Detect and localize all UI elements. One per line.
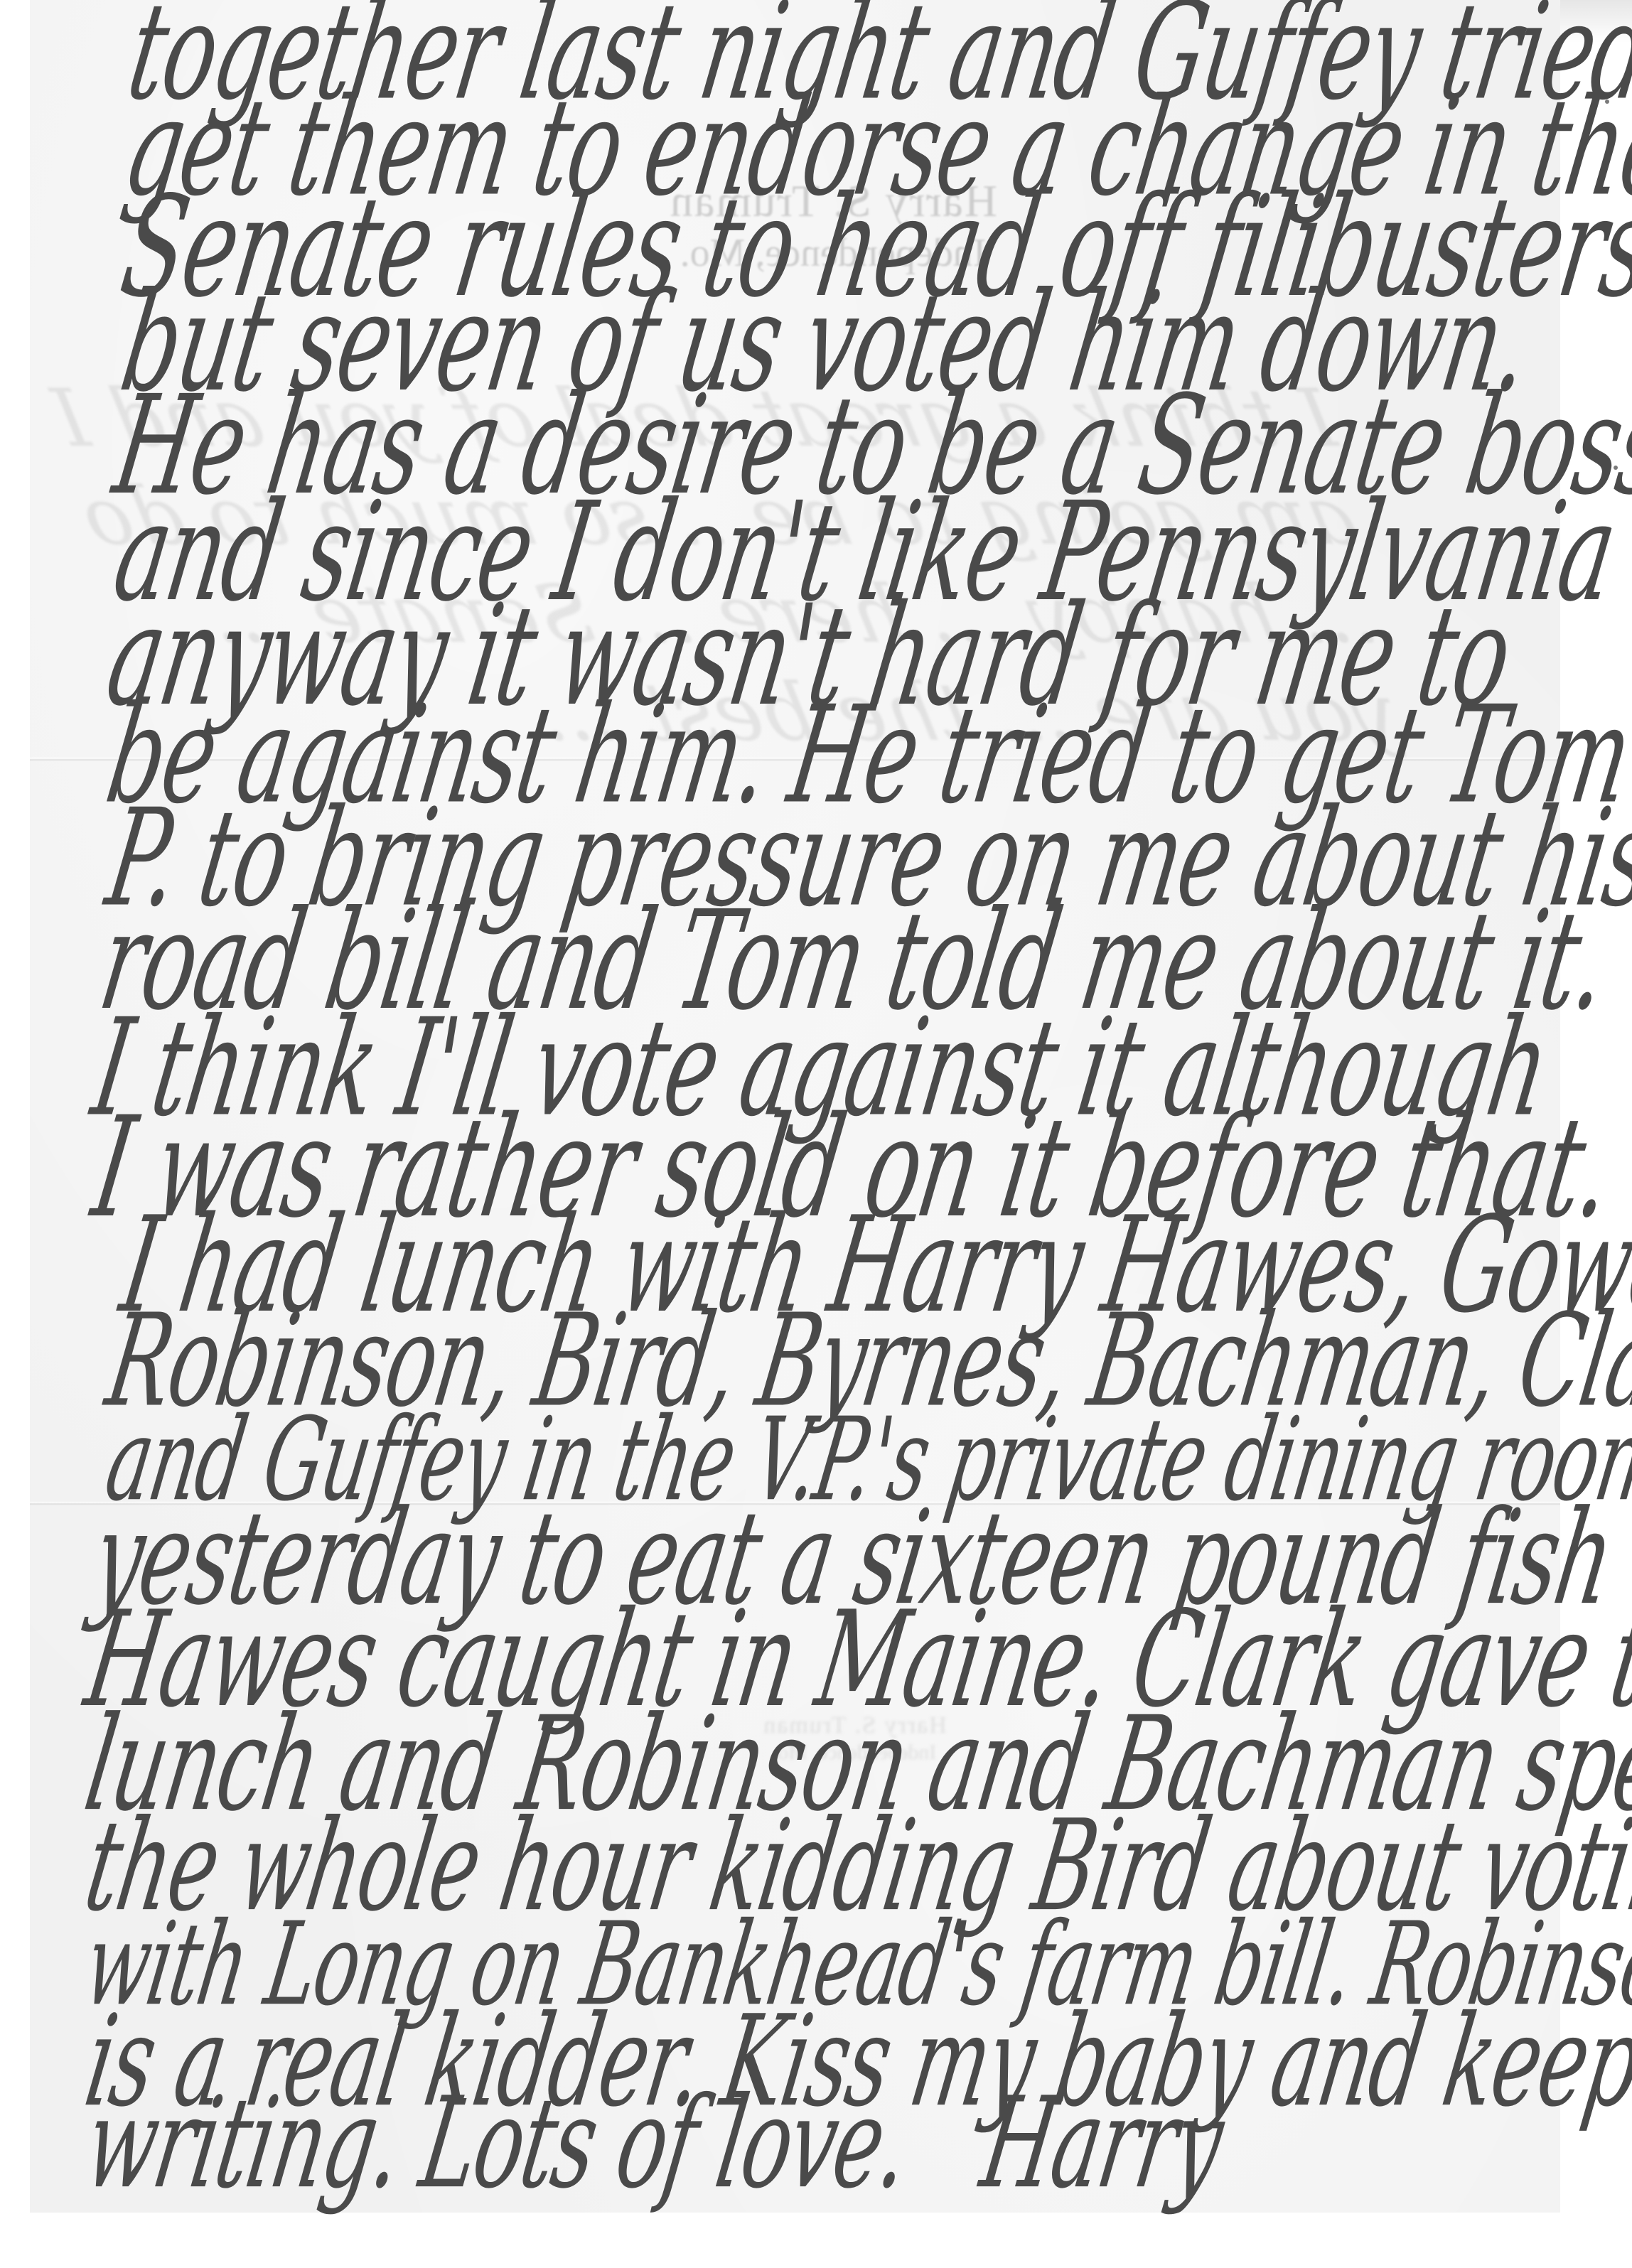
- paper-speck: [1605, 100, 1609, 104]
- signature: Harry: [975, 2080, 1230, 2206]
- paper-speck: [1614, 466, 1618, 470]
- closing-text: writing. Lots of love.: [77, 2070, 918, 2216]
- handwritten-line-closing: writing. Lots of love.Harry: [78, 2080, 1230, 2206]
